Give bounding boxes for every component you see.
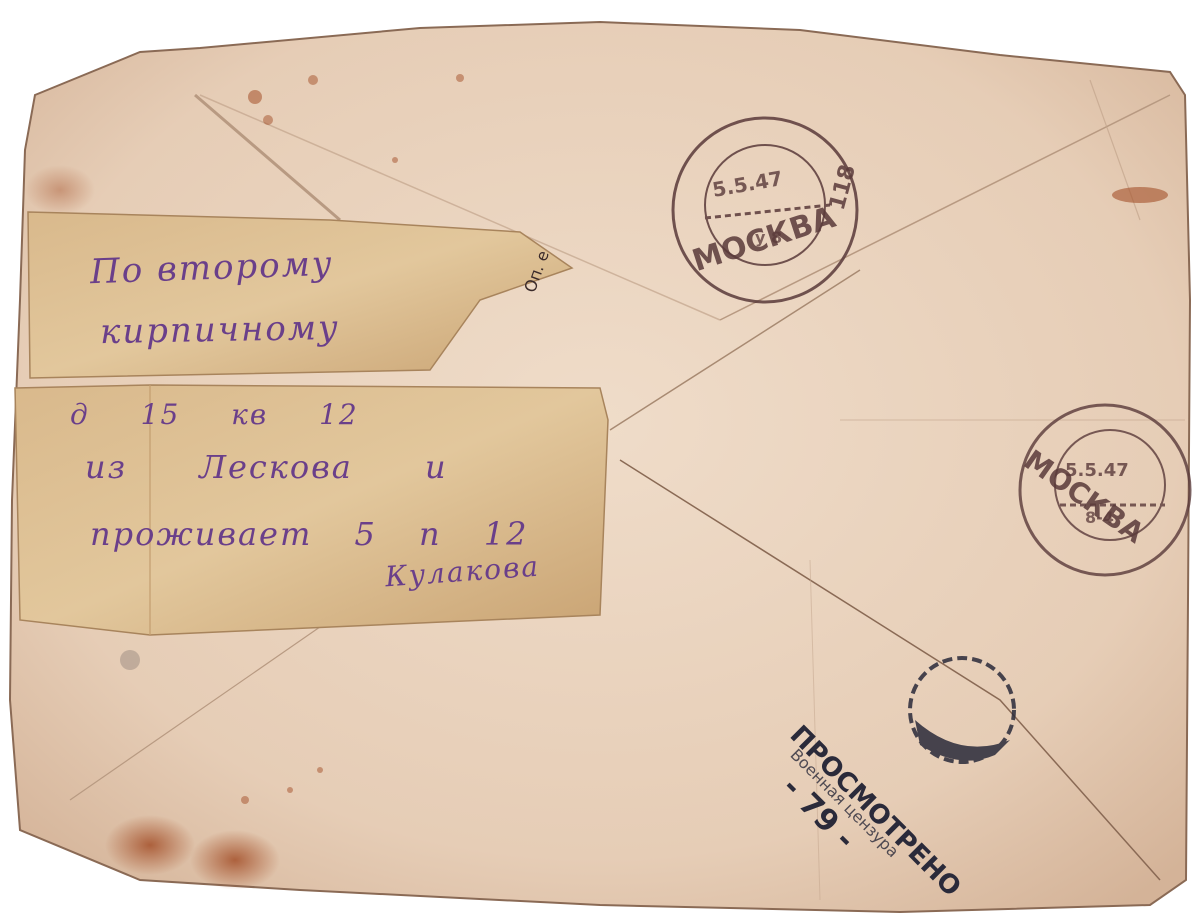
postmark-right-line2: 8-4	[1085, 508, 1114, 527]
slip-line-5: проживает 5 п 12	[90, 515, 529, 553]
slip-line-2: кирпичному	[100, 308, 340, 352]
slip-line-4: из Лескова и	[85, 448, 448, 486]
postmark-top-line2: у 8	[755, 228, 782, 247]
envelope-photo: По второму кирпичному д 15 кв 12 из Леск…	[0, 0, 1200, 924]
slip-line-1: По второму	[89, 244, 334, 292]
slip-line-3: д 15 кв 12	[70, 398, 359, 431]
postmark-right-date: 5.5.47	[1065, 460, 1129, 481]
